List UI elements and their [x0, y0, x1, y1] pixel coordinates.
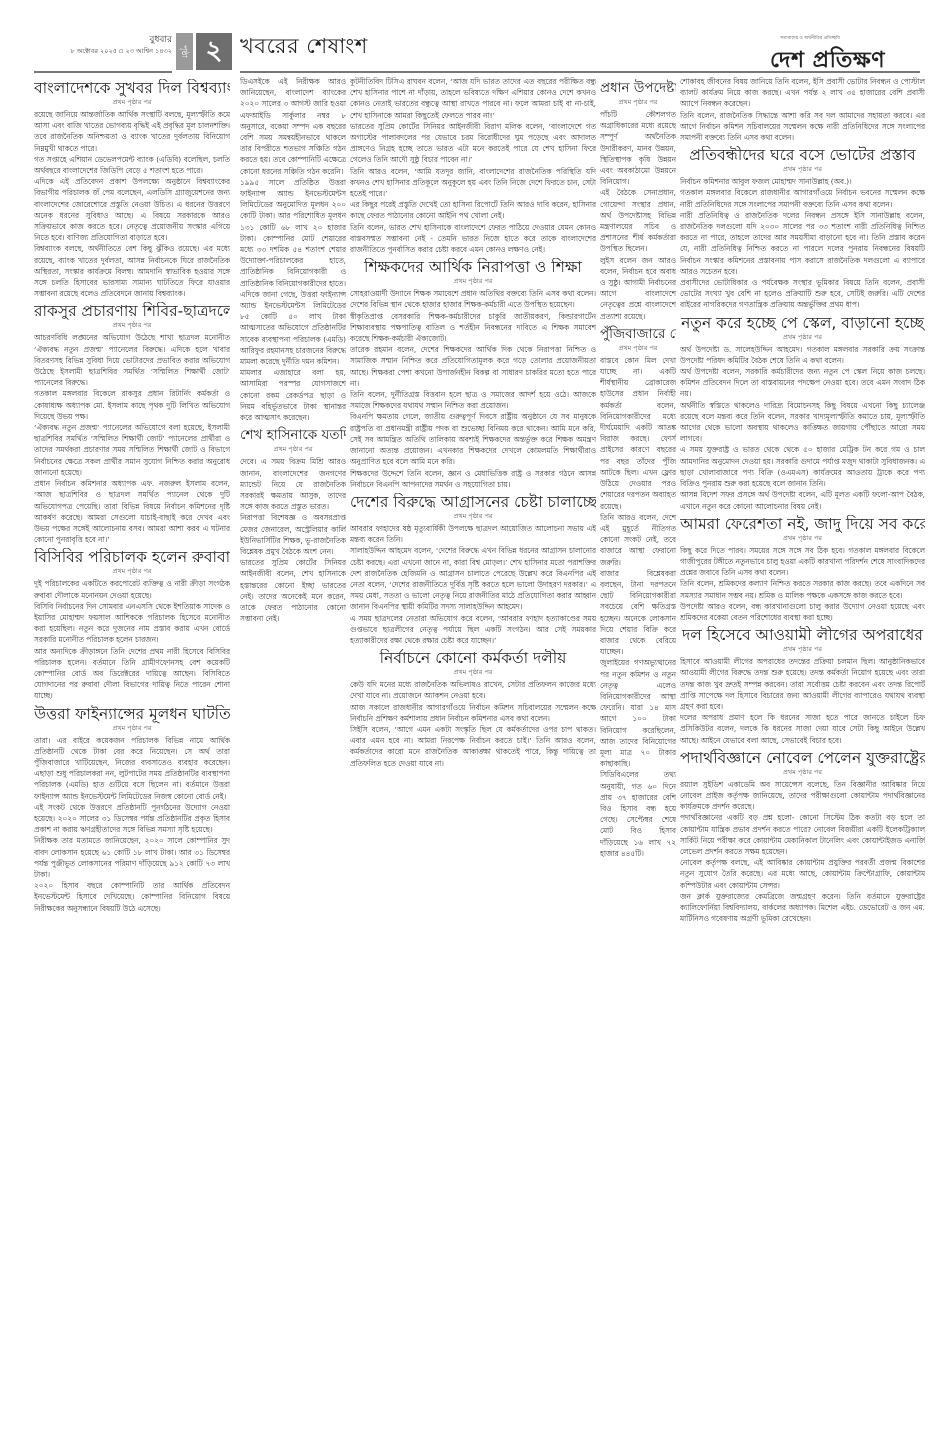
- paragraph: ভারতের সুপ্রিম কোর্টের সিনিয়র আইনজীবী ব…: [240, 557, 346, 624]
- paragraph: বিশ্বব্যাংক বলছে, অর্থনীতিতে বেশ কিছু ঝু…: [34, 243, 230, 299]
- paragraph: সিডিবিএলের তথ্য অনুযায়ী, গত ৬০ দিনে প্র…: [600, 769, 676, 859]
- story-disabled-vote: প্রতিবন্ধীদের ঘরে বসে ভোটের প্রস্তাব প্র…: [680, 146, 925, 310]
- continued-label: প্রথম পৃষ্ঠার পর: [680, 768, 925, 777]
- paragraph: এই বৈঠকে সেনাপ্রধান, গোয়েন্দা সংস্থার প…: [600, 187, 676, 254]
- paragraph: অর্থনীতি স্বস্তিতে থাকলেও দারিদ্র্য বিমো…: [680, 400, 925, 445]
- masthead: বুধবার ৮ অক্টোবর ২০২৫ ▫ ২৩ আশ্বিন ১৪৩২ প…: [0, 0, 945, 54]
- paragraph: ২০২০ হিসাব বছরে কোম্পানিটি তার আর্থিক প্…: [34, 880, 230, 914]
- paragraph: জুলাইয়ের গণঅভ্যুত্থানের পর নতুন কমিশন ও…: [600, 657, 676, 769]
- continued-label: প্রথম পৃষ্ঠার পর: [680, 333, 925, 342]
- paragraph: তিনি বলেন, শ্রমিকদের কল্যাণ নিশ্চিত করতে…: [680, 578, 925, 600]
- column-3: কূটনীতিবিদ টিসিএ রাঘবন বলেন, ‘আজ যদি ভার…: [350, 76, 596, 1442]
- paragraph: প্রবাসীদের ভোটাধিকার ও পর্যবেক্ষক সংস্থা…: [680, 277, 925, 311]
- newspaper-logo: দেশ প্রতিক্ষণ: [770, 43, 885, 80]
- continued-label: প্রথম পৃষ্ঠার পর: [350, 512, 596, 521]
- story-new-scale: নতুন করে হচ্ছে পে স্কেল, বাড়ানো হচ্ছে প…: [680, 314, 925, 512]
- paragraph: দুই পরিচালকের একটিতে করপোরেট ব্যক্তিত্ব …: [34, 578, 230, 600]
- paragraph: শিক্ষকদের উদ্দেশে তিনি বলেন, জ্ঞান ও মেধ…: [350, 468, 596, 490]
- paragraph: সিইসি বলেন, ‘আগে এমন একটা সংস্কৃতি ছিল য…: [350, 724, 596, 769]
- paragraph: নির্বাচন কমিশনার আবুল ফজল মোহাম্মদ সানাউ…: [680, 176, 925, 187]
- paragraph: লুইস বলেন জন আরও বলেন, নির্বাচন হবে অবাধ…: [600, 255, 676, 322]
- paragraph: রয়েছে জানিয়ে আন্তর্জাতিক আর্থিক সংস্থা…: [34, 109, 230, 154]
- headline[interactable]: রাকসুর প্রচারণায় শিবির-ছাত্রদলের: [34, 302, 230, 321]
- continued-label: প্রথম পৃষ্ঠার পর: [34, 321, 230, 330]
- paragraph: পাঁচটি কৌশলগত অগ্রাধিকারের মধ্যে রয়েছে …: [600, 109, 676, 187]
- brand-tagline: সত্যবাদের ও অর্থনীতির প্রতিচ্ছবি: [780, 35, 840, 42]
- paragraph: তারা। এর বাইরে কয়েকজন পরিচালক বিভিন্ন ন…: [34, 735, 230, 802]
- paragraph: নিরীক্ষক তার মতামতে জানিয়েছেন, ২০২০ সাল…: [34, 835, 230, 880]
- paragraph: নিরাপত্তা বিশেষজ্ঞ ও অবসরপ্রাপ্ত মেজর জে…: [240, 512, 346, 557]
- header-rule-right: [240, 71, 920, 73]
- paragraph: জন ক্লার্ক যুক্তরাজ্যের কেমব্রিজে জন্মগ্…: [680, 891, 925, 925]
- paragraph: ‘ঐক্যবদ্ধ নতুন প্রজন্ম’ প্যানেলের অভিযোগ…: [34, 422, 230, 478]
- paragraph: কূটনীতিবিদ টিসিএ রাঘবন বলেন, ‘আজ যদি ভার…: [350, 76, 596, 121]
- paragraph: আচরণবিধি লঙ্ঘনের অভিযোগ উঠেছে শাখা ছাত্র…: [34, 332, 230, 388]
- story-aggression: দেশের বিরুদ্ধে আগ্রাসনের চেষ্টা চালাচ্ছে…: [350, 493, 596, 646]
- story-india-diplomat: কূটনীতিবিদ টিসিএ রাঘবন বলেন, ‘আজ যদি ভার…: [350, 76, 596, 255]
- paragraph: দলের অপরাধ প্রমাণ হলে কি ধরনের সাজা হতে …: [680, 712, 925, 746]
- paragraph: এদিকে জানা গেছে, উত্তরা ফাইন্যান্স অ্যান…: [240, 289, 346, 367]
- paragraph: তিনি আরও বলেন, ‘আমি যতদূর জানি, বাংলাদেশ…: [350, 166, 596, 200]
- headline[interactable]: আমরা ফেরেশতা নই, জাদু দিয়ে সব করে: [680, 515, 925, 534]
- headline[interactable]: প্রতিবন্ধীদের ঘরে বসে ভোটের প্রস্তাব: [680, 146, 925, 165]
- issue-date: ৮ অক্টোবর ২০২৫ ▫ ২৩ আশ্বিন ১৪৩২: [30, 46, 172, 57]
- story-worldbank: বাংলাদেশকে সুখবর দিল বিশ্বব্যাংক প্রথম প…: [34, 79, 230, 299]
- column-2: ডিএসইকে এই নিরীক্ষক আরও জানিয়েছেন, বাংল…: [240, 76, 346, 1442]
- continued-label: প্রথম পৃষ্ঠার পর: [34, 98, 230, 107]
- paragraph: কিছু করে দিতে পারব। সময়ের সঙ্গে সঙ্গে স…: [680, 545, 925, 579]
- paragraph: এ সময় যুক্তরাষ্ট্র ও ভারত থেকে থেকে ৫০ …: [680, 444, 925, 489]
- paragraph: প্রধান নির্বাচন কমিশনার অধ্যাপক এফ. নজরু…: [34, 478, 230, 545]
- paragraph: শোকাবহ জীবনের বিষয় জানিয়ে তিনি বলেন, ই…: [680, 76, 925, 110]
- paragraph: ভারতের সুপ্রিম কোর্টের সিনিয়র আইনজীবী ব…: [350, 121, 596, 166]
- headline[interactable]: পদার্থবিজ্ঞানে নোবেল পেলেন যুক্তরাষ্ট্রে…: [680, 749, 925, 768]
- paragraph: এদিকে এই প্রতিবেদন প্রকাশ উপলক্ষ্যে অনুষ…: [34, 176, 230, 243]
- column-1: বাংলাদেশকে সুখবর দিল বিশ্বব্যাংক প্রথম প…: [34, 76, 230, 1442]
- story-expat-vote: শোকাবহ জীবনের বিষয় জানিয়ে তিনি বলেন, ই…: [680, 76, 925, 143]
- paragraph: ১৯৯৫ সালে প্রতিষ্ঠিত উত্তরা ফাইন্যান্স অ…: [240, 177, 346, 289]
- column-5: শোকাবহ জীবনের বিষয় জানিয়ে তিনি বলেন, ই…: [680, 76, 925, 1442]
- continued-label: প্রথম পৃষ্ঠার পর: [600, 98, 676, 107]
- headline[interactable]: দল হিসেবে আওয়ামী লীগের অপরাধের: [680, 626, 925, 645]
- paragraph: রয়্যাল সুইডিশ একাডেমি অব সায়েন্সেস বলে…: [680, 779, 925, 813]
- paragraph: সোহরাওয়ার্দী উদ্যানে শিক্ষক সমাবেশে প্র…: [350, 288, 596, 310]
- paragraph: গত সপ্তাহে এশিয়ান ডেভেলপমেন্ট ব্যাংক (এ…: [34, 154, 230, 176]
- story-nobel-physics: পদার্থবিজ্ঞানে নোবেল পেলেন যুক্তরাষ্ট্রে…: [680, 749, 925, 925]
- paragraph: এর কিছুর পরেই প্রস্তুতি দেখেই তো হাসিনা …: [350, 199, 596, 221]
- paragraph: বিসিবি নির্বাচনের দিন সোমবার এনএসসি থেকে…: [34, 601, 230, 646]
- paragraph: এই সংকট থেকে উত্তরণে প্রতিষ্ঠানটি পুনর্গ…: [34, 802, 230, 836]
- paragraph: বাজার বিশ্লেষকরা বলছেন, টানা দরপতনে ছোট …: [600, 568, 676, 658]
- story-raksu: রাকসুর প্রচারণায় শিবির-ছাত্রদলের প্রথম …: [34, 302, 230, 545]
- story-awami-crimes: দল হিসেবে আওয়ামী লীগের অপরাধের প্রথম পৃ…: [680, 626, 925, 746]
- page-label: পৃষ্ঠা: [176, 33, 193, 70]
- paragraph: আবরার ফাহাদের ষষ্ঠ মৃত্যুবার্ষিকী উপলক্ষ…: [350, 523, 596, 545]
- paragraph: দেবে। এ সময় বিক্রম মিশ্রি আরও জানান, বা…: [240, 456, 346, 512]
- section-title: খবরের শেষাংশ: [240, 30, 368, 65]
- story-hasina: শেখ হাসিনাকে যতদিন প্রথম পৃষ্ঠার পর দেবে…: [240, 426, 346, 624]
- continued-label: প্রথম পৃষ্ঠার পর: [34, 724, 230, 733]
- story-chief-adviser: প্রধান উপদেষ্টার প্রথম পৃষ্ঠার পর পাঁচটি…: [600, 79, 676, 322]
- story-no-magic: আমরা ফেরেশতা নই, জাদু দিয়ে সব করে প্রথম…: [680, 515, 925, 623]
- paragraph: অর্থ উপদেষ্টা বলেন, সরকারি কর্মচারীদের জ…: [680, 366, 925, 400]
- paragraph: তিনি বলেন, রাজনৈতিক সিদ্ধান্তে আশা করি স…: [680, 110, 925, 144]
- paragraph: আসন্ন বিদেশ সফর প্রসঙ্গে অর্থ উপদেষ্টা ব…: [680, 489, 925, 511]
- paragraph: হিসাবে আওয়ামী লীগের অপরাধের তদন্তের প্র…: [680, 656, 925, 712]
- page-number: ২: [196, 33, 232, 70]
- paragraph: মামলার এজাহারে বলা হয়, আসামিরা পরস্পর য…: [240, 367, 346, 423]
- weekday: বুধবার: [100, 32, 172, 47]
- story-uttara: উত্তরা ফাইন্যান্সের মূলধন ঘাটতি প্রথম পৃ…: [34, 705, 230, 914]
- paragraph: কেউ যদি মনের মধ্যে রাজনৈতিক অভিলাষও রাখে…: [350, 679, 596, 701]
- paragraph: আর অন্যদিকে ক্রীড়াঙ্গনে তিনি দেশের প্রথ…: [34, 646, 230, 702]
- paragraph: এ সময় ছাত্রদলের নেতারা অভিযোগ করে বলেন,…: [350, 613, 596, 647]
- paragraph: তিনি বলেন, দুর্নীতিগ্রস্ত বিত্তবান হলে ছ…: [350, 389, 596, 411]
- paragraph: নারী প্রতিনিধিত্ব ও রাজনৈতিক দলের নিবন্ধ…: [680, 210, 925, 277]
- column-4: প্রধান উপদেষ্টার প্রথম পৃষ্ঠার পর পাঁচটি…: [600, 76, 676, 1442]
- paragraph: বাস্তবে কোন মিল দেখা যাচ্ছে না। একটি শীর…: [600, 355, 676, 512]
- paragraph: তিনি বলেন, ভারত শেখ হাসিনাকে বাংলাদেশে ফ…: [350, 222, 596, 256]
- continued-label: প্রথম পৃষ্ঠার পর: [350, 277, 596, 286]
- headline[interactable]: পুঁজিবাজারে ফের: [600, 325, 676, 344]
- continued-label: প্রথম পৃষ্ঠার পর: [680, 645, 925, 654]
- paragraph: নোবেল কর্তৃপক্ষ বলছে, এই আবিষ্কার কোয়ান…: [680, 857, 925, 891]
- header-rule-left: [34, 71, 172, 73]
- paragraph: বিএনপি ক্ষমতায় গেলে, জাতীয় গুরুত্বপূর্…: [350, 411, 596, 467]
- headline[interactable]: নির্বাচনে কোনো কর্মকর্তা দলীয়: [350, 649, 596, 668]
- paragraph: স্বীকৃতিপ্রাপ্ত বেসরকারি শিক্ষক-কর্মচারী…: [350, 311, 596, 345]
- paragraph: তিনি আরও বলেন, দেশে এই মুহূর্তে নীতিগত ক…: [600, 512, 676, 568]
- headline[interactable]: শেখ হাসিনাকে যতদিন: [240, 426, 346, 445]
- story-bcb: বিসিবির পরিচালক হলেন রুবাবা দৌলা প্রথম প…: [34, 548, 230, 701]
- story-teachers: শিক্ষকদের আর্থিক নিরাপত্তা ও শিক্ষা প্রথ…: [350, 258, 596, 490]
- continued-label: প্রথম পৃষ্ঠার পর: [680, 534, 925, 543]
- paragraph: গতকাল মঙ্গলবার বিকেলে রাজধানীর আগারগাঁওয…: [680, 187, 925, 209]
- paragraph: গতকাল মঙ্গলবার বিকেলে রাকসুর প্রধান রিটা…: [34, 388, 230, 422]
- continued-label: প্রথম পৃষ্ঠার পর: [240, 445, 346, 454]
- paragraph: আজ সকালে রাজধানীর আগারগাঁওয়ে নির্বাচন ক…: [350, 702, 596, 724]
- paragraph: ডিএসইকে এই নিরীক্ষক আরও জানিয়েছেন, বাংল…: [240, 76, 346, 177]
- story-capital-market: পুঁজিবাজারে ফের প্রথম পৃষ্ঠার পর বাস্তবে…: [600, 325, 676, 859]
- continued-label: প্রথম পৃষ্ঠার পর: [350, 668, 596, 677]
- paragraph: উপদেষ্টা আরও বলেন, বন্ধ কারখানাগুলো চালু…: [680, 601, 925, 623]
- headline[interactable]: উত্তরা ফাইন্যান্সের মূলধন ঘাটতি: [34, 705, 230, 724]
- paragraph: সালাহউদ্দিন আহমেদ বলেন, ‘দেশের বিরুদ্ধে …: [350, 545, 596, 612]
- paragraph: তারেক রহমান বলেন, দেশের শিক্ষকদের আর্থিক…: [350, 344, 596, 389]
- headline[interactable]: বিসিবির পরিচালক হলেন রুবাবা দৌলা: [34, 548, 230, 567]
- headline[interactable]: শিক্ষকদের আর্থিক নিরাপত্তা ও শিক্ষা: [350, 258, 596, 277]
- paragraph: পদার্থবিজ্ঞানের একটি বড় প্রশ্ন হলো- কোন…: [680, 812, 925, 857]
- headline[interactable]: প্রধান উপদেষ্টার: [600, 79, 676, 98]
- headline[interactable]: নতুন করে হচ্ছে পে স্কেল, বাড়ানো হচ্ছে: [680, 314, 925, 333]
- headline[interactable]: দেশের বিরুদ্ধে আগ্রাসনের চেষ্টা চালাচ্ছে: [350, 493, 596, 512]
- story-dse-monitor: ডিএসইকে এই নিরীক্ষক আরও জানিয়েছেন, বাংল…: [240, 76, 346, 423]
- continued-label: প্রথম পৃষ্ঠার পর: [680, 165, 925, 174]
- story-ec-partisan: নির্বাচনে কোনো কর্মকর্তা দলীয় প্রথম পৃষ…: [350, 649, 596, 769]
- continued-label: প্রথম পৃষ্ঠার পর: [34, 567, 230, 576]
- headline[interactable]: বাংলাদেশকে সুখবর দিল বিশ্বব্যাংক: [34, 79, 230, 98]
- paragraph: অর্থ উপদেষ্টা ড. সালেহউদ্দিন আহমেদ। গতকা…: [680, 344, 925, 366]
- continued-label: প্রথম পৃষ্ঠার পর: [600, 344, 676, 353]
